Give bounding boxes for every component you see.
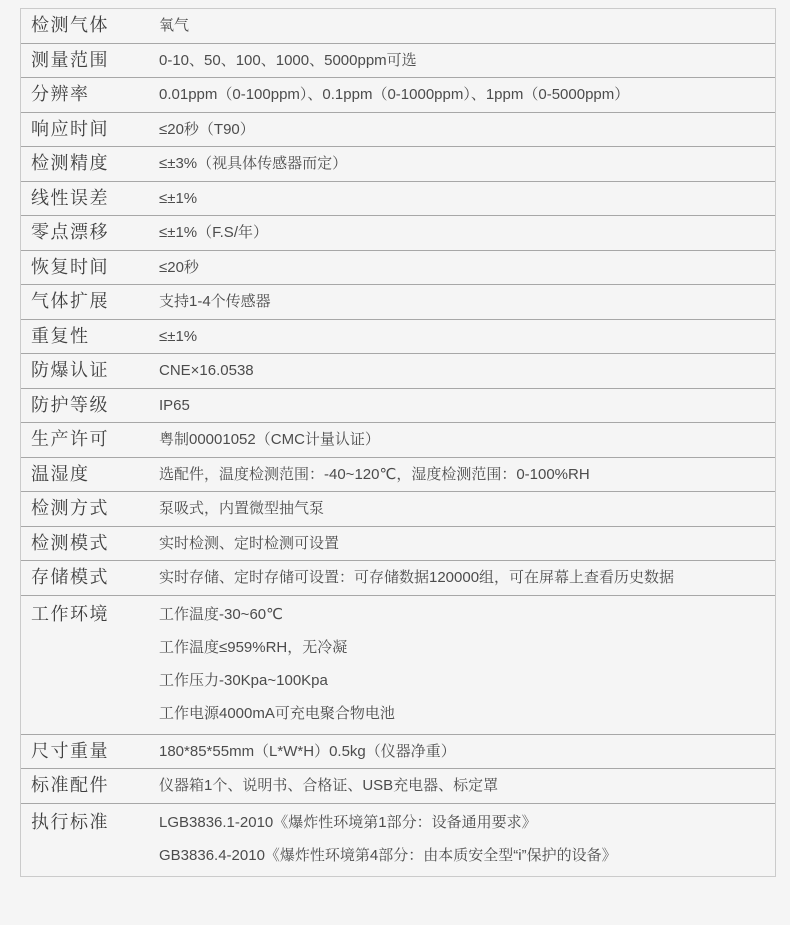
spec-row-repeatability: 重复性 ≤±1% xyxy=(21,320,775,355)
spec-value: ≤±1%（F.S/年） xyxy=(159,216,767,249)
spec-label: 防护等级 xyxy=(21,389,159,422)
spec-row-detection-method: 检测方式 泵吸式，内置微型抽气泵 xyxy=(21,492,775,527)
spec-label: 生产许可 xyxy=(21,423,159,456)
spec-label: 响应时间 xyxy=(21,113,159,146)
spec-row-resolution: 分辨率 0.01ppm（0-100ppm）、0.1ppm（0-1000ppm）、… xyxy=(21,78,775,113)
spec-row-production-license: 生产许可 粤制00001052（CMC计量认证） xyxy=(21,423,775,458)
spec-row-zero-drift: 零点漂移 ≤±1%（F.S/年） xyxy=(21,216,775,251)
spec-label: 温湿度 xyxy=(21,458,159,491)
spec-value: 180*85*55mm（L*W*H）0.5kg（仪器净重） xyxy=(159,735,767,768)
spec-label: 工作环境 xyxy=(21,598,159,631)
spec-label: 零点漂移 xyxy=(21,216,159,249)
spec-label: 气体扩展 xyxy=(21,285,159,318)
spec-row-storage-mode: 存储模式 实时存储、定时存储可设置：可存储数据120000组，可在屏幕上查看历史… xyxy=(21,561,775,596)
spec-table: 检测气体 氧气 测量范围 0-10、50、100、1000、5000ppm可选 … xyxy=(20,8,776,877)
spec-value: 工作压力-30Kpa~100Kpa xyxy=(159,664,767,697)
spec-value: GB3836.4-2010《爆炸性环境第4部分：由本质安全型“i”保护的设备》 xyxy=(159,839,767,872)
spec-value: ≤±1% xyxy=(159,320,767,353)
spec-label: 恢复时间 xyxy=(21,251,159,284)
spec-value: 工作温度-30~60℃ xyxy=(159,598,767,631)
spec-label: 检测方式 xyxy=(21,492,159,525)
spec-value: 0.01ppm（0-100ppm）、0.1ppm（0-1000ppm）、1ppm… xyxy=(159,78,767,111)
spec-row-standard-accessories: 标准配件 仪器箱1个、说明书、合格证、USB充电器、标定罩 xyxy=(21,769,775,804)
spec-value: ≤20秒 xyxy=(159,251,767,284)
spec-row-measuring-range: 测量范围 0-10、50、100、1000、5000ppm可选 xyxy=(21,44,775,79)
spec-value: IP65 xyxy=(159,389,767,422)
spec-label: 检测模式 xyxy=(21,527,159,560)
spec-row-explosion-proof-cert: 防爆认证 CNE×16.0538 xyxy=(21,354,775,389)
spec-value: ≤±3%（视具体传感器而定） xyxy=(159,147,767,180)
spec-row-size-weight: 尺寸重量 180*85*55mm（L*W*H）0.5kg（仪器净重） xyxy=(21,735,775,770)
spec-label: 测量范围 xyxy=(21,44,159,77)
spec-row-recovery-time: 恢复时间 ≤20秒 xyxy=(21,251,775,286)
spec-value: 粤制00001052（CMC计量认证） xyxy=(159,423,767,456)
spec-label: 标准配件 xyxy=(21,769,159,802)
spec-value: 选配件，温度检测范围：-40~120℃，湿度检测范围：0-100%RH xyxy=(159,458,767,491)
spec-row-working-environment: 工作环境 工作温度-30~60℃ 工作温度≤959%RH，无冷凝 工作压力-30… xyxy=(21,596,775,735)
spec-label: 重复性 xyxy=(21,320,159,353)
spec-label: 检测精度 xyxy=(21,147,159,180)
spec-row-response-time: 响应时间 ≤20秒（T90） xyxy=(21,113,775,148)
spec-value: CNE×16.0538 xyxy=(159,354,767,387)
spec-row-detection-accuracy: 检测精度 ≤±3%（视具体传感器而定） xyxy=(21,147,775,182)
spec-label: 分辨率 xyxy=(21,78,159,111)
spec-value: 仪器箱1个、说明书、合格证、USB充电器、标定罩 xyxy=(159,769,767,802)
spec-value: 实时检测、定时检测可设置 xyxy=(159,527,767,560)
spec-value: ≤±1% xyxy=(159,182,767,215)
spec-label: 执行标准 xyxy=(21,806,159,839)
spec-value: 工作电源4000mA可充电聚合物电池 xyxy=(159,697,767,730)
spec-row-protection-rating: 防护等级 IP65 xyxy=(21,389,775,424)
spec-value: 泵吸式，内置微型抽气泵 xyxy=(159,492,767,525)
spec-value: 工作温度≤959%RH，无冷凝 xyxy=(159,631,767,664)
spec-label: 线性误差 xyxy=(21,182,159,215)
spec-value: 支持1-4个传感器 xyxy=(159,285,767,318)
spec-label: 检测气体 xyxy=(21,9,159,42)
spec-row-gas-expansion: 气体扩展 支持1-4个传感器 xyxy=(21,285,775,320)
spec-value: 氧气 xyxy=(159,9,767,42)
spec-label: 尺寸重量 xyxy=(21,735,159,768)
spec-value: 实时存储、定时存储可设置：可存储数据120000组，可在屏幕上查看历史数据 xyxy=(159,561,767,594)
spec-row-detected-gas: 检测气体 氧气 xyxy=(21,9,775,44)
spec-value: LGB3836.1-2010《爆炸性环境第1部分：设备通用要求》 xyxy=(159,806,767,839)
spec-row-detection-mode: 检测模式 实时检测、定时检测可设置 xyxy=(21,527,775,562)
spec-label: 防爆认证 xyxy=(21,354,159,387)
spec-value: 0-10、50、100、1000、5000ppm可选 xyxy=(159,44,767,77)
spec-value: ≤20秒（T90） xyxy=(159,113,767,146)
spec-row-executive-standard: 执行标准 LGB3836.1-2010《爆炸性环境第1部分：设备通用要求》 GB… xyxy=(21,804,775,876)
spec-row-linearity-error: 线性误差 ≤±1% xyxy=(21,182,775,217)
spec-row-temp-humidity: 温湿度 选配件，温度检测范围：-40~120℃，湿度检测范围：0-100%RH xyxy=(21,458,775,493)
spec-label: 存储模式 xyxy=(21,561,159,594)
